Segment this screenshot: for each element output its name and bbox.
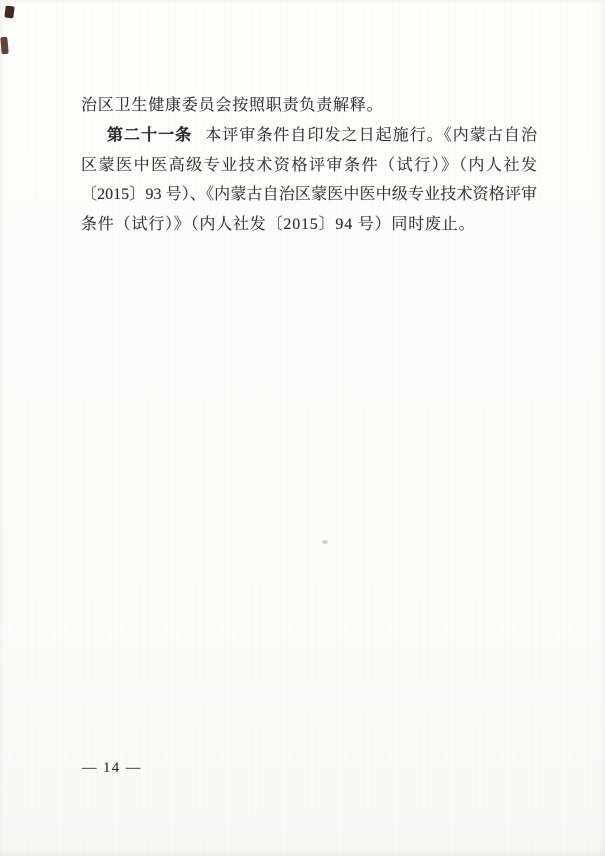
scanned-document-page: 治区卫生健康委员会按照职责负责解释。 第二十一条本评审条件自印发之日起施行。《内…: [0, 0, 605, 856]
scan-artifact-top-left-1: [4, 5, 14, 18]
line-text: 区蒙医中医高级专业技术资格评审条件（试行）》（内人社发: [81, 157, 537, 174]
text-line: 〔2015〕93 号）、《内蒙古自治区蒙医中医中级专业技术资格评审: [81, 180, 537, 210]
text-line: 区蒙医中医高级专业技术资格评审条件（试行）》（内人社发: [81, 151, 537, 181]
line-text: 治区卫生健康委员会按照职责负责解释。: [81, 97, 383, 114]
line-text: 条件（试行）》（内人社发〔2015〕94 号）同时废止。: [81, 216, 475, 233]
page-number: — 14 —: [82, 760, 142, 777]
article-number-label: 第二十一条: [107, 127, 192, 144]
text-line: 第二十一条本评审条件自印发之日起施行。《内蒙古自治: [81, 121, 537, 151]
text-line: 治区卫生健康委员会按照职责负责解释。: [81, 91, 537, 121]
scan-artifact-top-left-2: [0, 37, 8, 55]
text-line: 条件（试行）》（内人社发〔2015〕94 号）同时废止。: [81, 210, 537, 240]
line-text: 本评审条件自印发之日起施行。《内蒙古自治: [205, 127, 537, 144]
line-text: 〔2015〕93 号）、《内蒙古自治区蒙医中医中级专业技术资格评审: [81, 186, 537, 203]
scan-speck: [322, 540, 328, 544]
document-body: 治区卫生健康委员会按照职责负责解释。 第二十一条本评审条件自印发之日起施行。《内…: [81, 91, 537, 240]
